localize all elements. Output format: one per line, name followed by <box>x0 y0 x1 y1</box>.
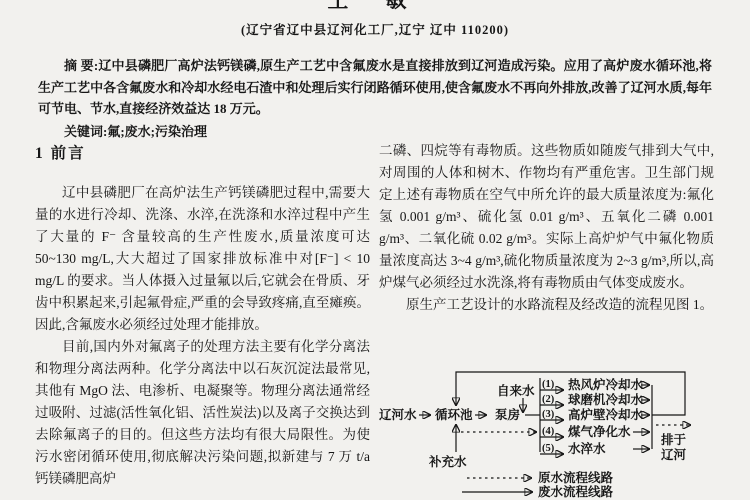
figure-branch-1: (1) 热风炉冷却水 <box>540 377 649 392</box>
branch-2-label: 球磨机冷却水 <box>568 392 644 407</box>
keywords-text: 氟;废水;污染治理 <box>107 124 207 139</box>
pump-house-label: 泵房 <box>495 407 521 422</box>
figure-legend: 原水流程线路 废水流程线路 <box>462 470 614 499</box>
legend-raw-water-label: 原水流程线路 <box>538 470 614 485</box>
left-column: 1 前言 辽中县磷肥厂在高炉法生产钙镁磷肥过程中,需要大量的水进行冷却、洗涤、水… <box>35 143 370 490</box>
author-affiliation: (辽宁省辽中县辽河化工厂,辽宁 辽中 110200) <box>0 20 750 38</box>
keywords-label: 关键词: <box>64 124 107 139</box>
branch-1-label: 热风炉冷却水 <box>568 377 644 392</box>
keywords-line: 关键词:氟;废水;污染治理 <box>38 121 712 143</box>
branch-4-label: 煤气净化水 <box>567 424 631 439</box>
abstract-paragraph: 摘 要:辽中县磷肥厂高炉法钙镁磷,原生产工艺中含氟废水是直接排放到辽河造成污染。… <box>38 55 712 120</box>
figure-branch-2: (2) 球磨机冷却水 <box>540 392 649 407</box>
figure-branch-3: (3) 高炉壁冷却水 <box>540 407 649 422</box>
right-paragraph-2: 原生产工艺设计的水路流程及经改造的流程见图 1。 <box>379 294 714 316</box>
branch-1-number: (1) <box>542 379 555 390</box>
makeup-water-label: 补充水 <box>428 454 467 469</box>
legend-waste-water-label: 废水流程线路 <box>538 484 614 499</box>
river-water-label: 辽河水 <box>379 407 417 422</box>
discharge-label-line2: 辽河 <box>661 447 687 462</box>
abstract-text: 辽中县磷肥厂高炉法钙镁磷,原生产工艺中含氟废水是直接排放到辽河造成污染。应用了高… <box>38 58 712 116</box>
abstract-label: 摘 要: <box>64 58 98 73</box>
figure-1-water-flow-diagram: 辽河水 循环池 泵房 自来水 (1) 热风炉冷却水 (2) <box>375 362 723 500</box>
left-paragraph-2: 目前,国内外对氟离子的处理方法主要有化学分离法和物理分离法两种。化学分离法中以石… <box>35 336 370 490</box>
branch-3-label: 高炉壁冷却水 <box>568 407 644 422</box>
branch-2-number: (2) <box>542 394 555 405</box>
section-heading-foreword: 1 前言 <box>35 143 370 165</box>
right-column: 二磷、四烷等有毒物质。这些物质如随废气排到大气中,对周围的人体和树木、作物均有严… <box>379 140 714 316</box>
author-name: 王 敏 <box>0 0 750 11</box>
scanned-paper-page: 王 敏 (辽宁省辽中县辽河化工厂,辽宁 辽中 110200) 摘 要:辽中县磷肥… <box>0 0 750 500</box>
branch-5-number: (5) <box>542 443 555 454</box>
right-paragraph-1: 二磷、四烷等有毒物质。这些物质如随废气排到大气中,对周围的人体和树木、作物均有严… <box>379 140 714 294</box>
figure-branch-4: (4) 煤气净化水 <box>540 424 649 439</box>
branch-3-number: (3) <box>542 409 555 420</box>
flow-diagram-svg: 辽河水 循环池 泵房 自来水 (1) 热风炉冷却水 (2) <box>375 362 723 500</box>
branch-5-label: 水淬水 <box>568 441 606 456</box>
circulation-pool-label: 循环池 <box>435 407 473 422</box>
branch-4-number: (4) <box>542 426 555 437</box>
figure-branch-5: (5) 水淬水 <box>540 441 649 456</box>
left-paragraph-1: 辽中县磷肥厂在高炉法生产钙镁磷肥过程中,需要大量的水进行冷却、洗涤、水淬,在洗涤… <box>35 182 370 336</box>
discharge-label-line1: 排于 <box>660 432 687 447</box>
abstract-block: 摘 要:辽中县磷肥厂高炉法钙镁磷,原生产工艺中含氟废水是直接排放到辽河造成污染。… <box>38 55 712 142</box>
tap-water-label: 自来水 <box>497 383 535 398</box>
